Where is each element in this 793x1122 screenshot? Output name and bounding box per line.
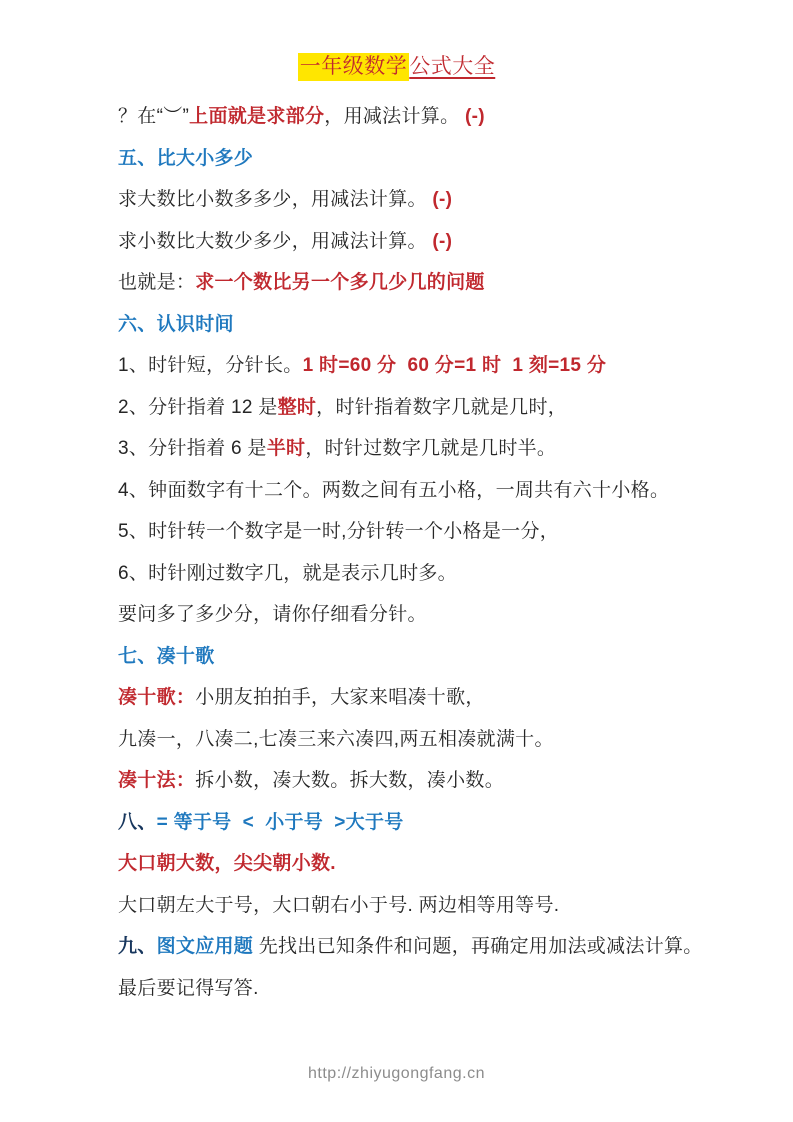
paragraph: 3、分针指着 6 是半时，时针过数字几就是几时半。 [118,428,709,470]
paragraph: 求大数比小数多多少，用减法计算。 (-) [118,179,709,221]
paragraph: 也就是：求一个数比另一个多几少几的问题 [118,262,709,304]
text-segment: 求大数比小数多多少，用减法计算。 [118,189,432,210]
document-body: ？在“︶”上面就是求部分，用减法计算。 (-)五、比大小多少求大数比小数多多少，… [0,96,793,1009]
paragraph: 4、钟面数字有十二个。两数之间有五小格，一周共有六十小格。 [118,470,709,512]
text-segment: 5、时针转一个数字是一时,分针转一个小格是一分， [118,521,559,542]
text-segment: 拆小数，凑大数。拆大数，凑小数。 [195,770,504,791]
text-segment: ？在“︶” [118,106,189,127]
text-segment: 也就是： [118,272,195,293]
title-underlined-text: 公式大全 [409,55,495,78]
paragraph: 5、时针转一个数字是一时,分针转一个小格是一分， [118,511,709,553]
paragraph: 九、图文应用题 先找出已知条件和问题，再确定用加法或减法计算。最后要记得写答. [118,926,709,1009]
text-segment: ，时针过数字几就是几时半。 [305,438,556,459]
text-segment: 6、时针刚过数字几，就是表示几时多。 [118,563,457,584]
text-segment: 小朋友拍拍手，大家来唱凑十歌， [195,687,485,708]
text-segment: 2、分针指着 12 是 [118,397,278,418]
text-segment: ，时针指着数字几就是几时， [316,397,567,418]
footer-url: http://zhiyugongfang.cn [0,1065,793,1083]
text-segment: (-) [432,189,452,210]
text-segment: 大口朝左大于号，大口朝右小于号. 两边相等用等号. [118,895,559,916]
text-segment: ，用减法计算。 [324,106,465,127]
page-title: 一年级数学公式大全 [0,0,793,96]
text-segment: 九凑一，八凑二,七凑三来六凑四,两五相凑就满十。 [118,729,554,750]
paragraph: 6、时针刚过数字几，就是表示几时多。 [118,553,709,595]
text-segment: 1、时针短，分针长。 [118,355,303,376]
text-segment: 六、认识时间 [118,314,234,335]
paragraph: 七、凑十歌 [118,636,709,678]
text-segment: 九、 [118,936,157,957]
text-segment: 3、分针指着 6 是 [118,438,267,459]
text-segment: 凑十法： [118,770,195,791]
text-segment: 求一个数比另一个多几少几的问题 [195,272,485,293]
paragraph: 九凑一，八凑二,七凑三来六凑四,两五相凑就满十。 [118,719,709,761]
paragraph: 大口朝左大于号，大口朝右小于号. 两边相等用等号. [118,885,709,927]
text-segment: 图文应用题 [157,936,254,957]
text-segment: 半时 [267,438,306,459]
paragraph: 凑十法：拆小数，凑大数。拆大数，凑小数。 [118,760,709,802]
text-segment: (-) [465,106,485,127]
text-segment: = 等于号 < 小于号 >大于号 [157,812,404,833]
text-segment: 4、钟面数字有十二个。两数之间有五小格，一周共有六十小格。 [118,480,669,501]
paragraph: 1、时针短，分针长。1 时=60 分 60 分=1 时 1 刻=15 分 [118,345,709,387]
text-segment: 整时 [278,397,317,418]
title-highlighted-text: 一年级数学 [298,53,410,81]
paragraph: 求小数比大数少多少，用减法计算。 (-) [118,221,709,263]
paragraph: 2、分针指着 12 是整时，时针指着数字几就是几时， [118,387,709,429]
paragraph: 凑十歌：小朋友拍拍手，大家来唱凑十歌， [118,677,709,719]
paragraph: 八、= 等于号 < 小于号 >大于号 [118,802,709,844]
text-segment: 凑十歌： [118,687,195,708]
text-segment: 七、凑十歌 [118,646,215,667]
text-segment: (-) [432,231,452,252]
text-segment: 上面就是求部分 [189,106,324,127]
paragraph: 六、认识时间 [118,304,709,346]
text-segment: 大口朝大数，尖尖朝小数. [118,853,336,874]
text-segment: 求小数比大数少多少，用减法计算。 [118,231,432,252]
text-segment: 1 时=60 分 60 分=1 时 1 刻=15 分 [303,355,607,376]
document-page: 一年级数学公式大全 ？在“︶”上面就是求部分，用减法计算。 (-)五、比大小多少… [0,0,793,1122]
paragraph: 五、比大小多少 [118,138,709,180]
paragraph: 要问多了多少分，请你仔细看分针。 [118,594,709,636]
text-segment: 八、 [118,812,157,833]
text-segment: 要问多了多少分，请你仔细看分针。 [118,604,427,625]
text-segment: 五、比大小多少 [118,148,253,169]
paragraph: 大口朝大数，尖尖朝小数. [118,843,709,885]
paragraph: ？在“︶”上面就是求部分，用减法计算。 (-) [118,96,709,138]
